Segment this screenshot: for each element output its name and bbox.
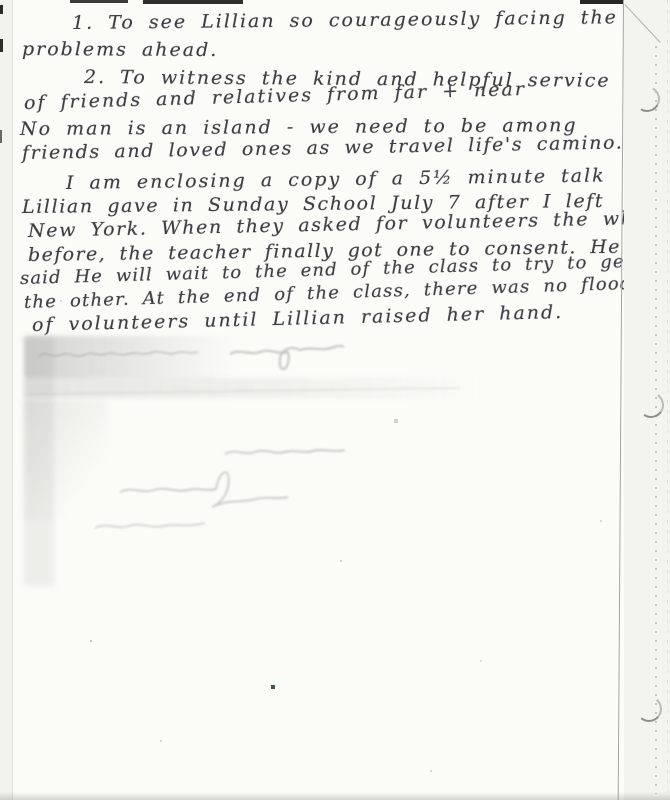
top-edge-mark [143,0,243,4]
scanned-letter-page: 1. To see Lillian so courageously facing… [0,0,670,800]
left-edge-mark [0,39,3,52]
ink-bleed-ghost [0,330,500,570]
handwriting-line: 1. To see Lillian so courageously facing… [72,6,618,34]
bottom-scan-shade [0,792,670,800]
left-edge-mark [0,5,3,14]
handwriting-line: I am enclosing a copy of a 5½ minute tal… [66,164,606,194]
top-edge-mark [580,0,623,4]
paper-speck [0,0,2,2]
perforation-dots [655,46,657,794]
far-right-edge-ticks [667,0,668,800]
left-edge-mark [0,130,2,143]
handwriting-line: problems ahead. [22,38,218,61]
top-edge-mark [70,0,128,3]
